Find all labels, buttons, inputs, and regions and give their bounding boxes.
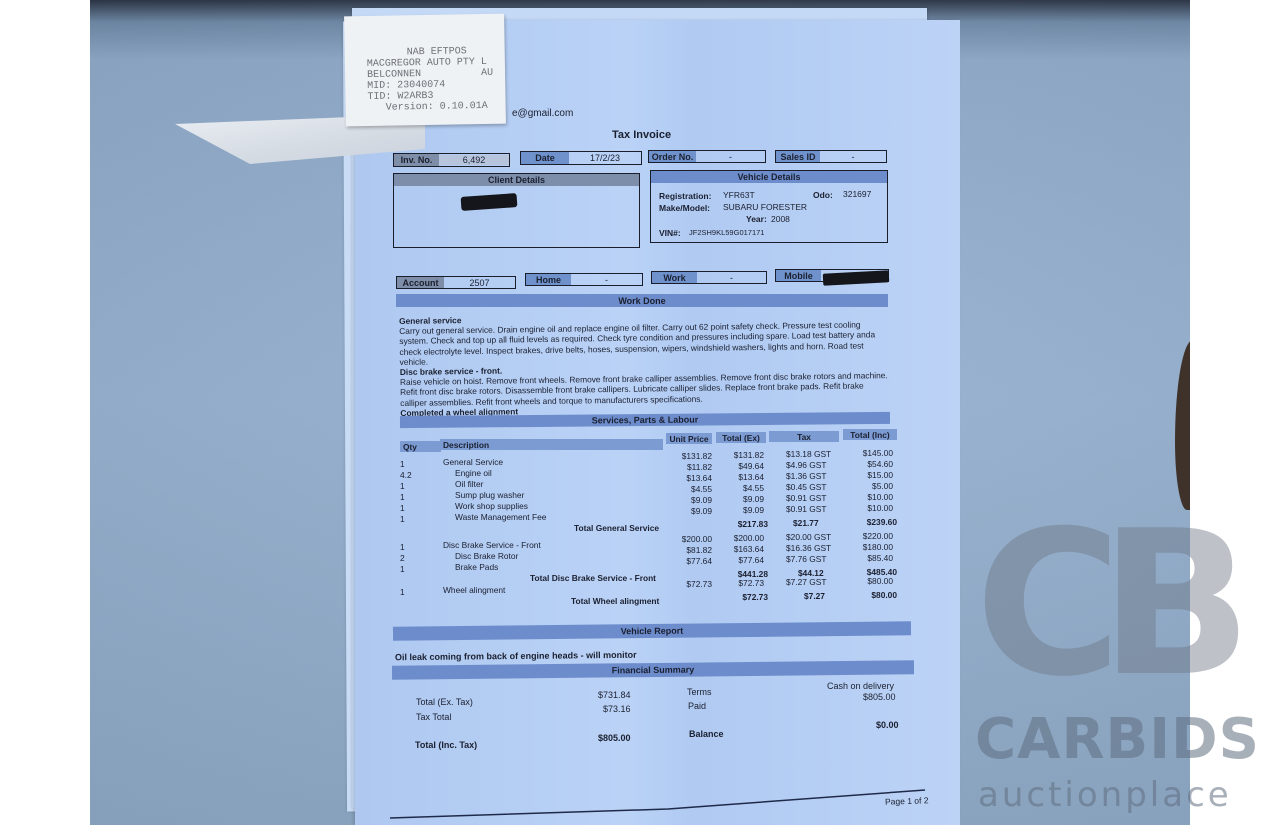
row-total-inc: $10.00 [843,503,893,513]
make-model-value: SUBARU FORESTER [723,202,807,212]
row-unit-price: $200.00 [660,534,712,544]
group-total-ex: $217.83 [712,519,768,529]
row-total-ex: $13.64 [712,472,764,482]
row-total-inc: $5.00 [843,481,893,491]
row-description: General Service [443,457,503,467]
terms-value: Cash on delivery [827,681,894,691]
tax-total: $73.16 [603,704,631,714]
row-qty: 1 [400,514,405,524]
row-total-inc: $145.00 [843,448,893,458]
row-description: Wheel alingment [443,585,505,595]
row-tax: $7.76 GST [786,554,827,564]
work-done-text: General service Carry out general servic… [399,309,892,418]
inv-no-field: Inv. No. 6,492 [393,153,510,167]
total-inc-tax: $805.00 [598,733,631,743]
watermark-sub: auctionplace [978,775,1232,815]
receipt-line: Version: 0.10.01A [368,101,488,114]
row-description: Waste Management Fee [455,512,546,522]
row-total-ex: $4.55 [712,483,764,493]
row-unit-price: $11.82 [660,462,712,472]
column-header: Description [440,439,663,450]
row-total-inc: $180.00 [843,542,893,552]
registration-value: YFR63T [723,190,755,200]
footer-rule [385,785,930,825]
row-tax: $1.36 GST [786,471,827,481]
row-tax: $16.36 GST [786,543,831,553]
column-header: Tax [769,431,839,442]
total-ex-tax: $731.84 [598,690,631,700]
eftpos-receipt: NAB EFTPOS MACGREGOR AUTO PTY L BELCONNE… [344,14,506,127]
row-total-inc: $85.40 [843,553,893,563]
order-no-field: Order No. - [648,150,766,163]
row-unit-price: $13.64 [660,473,712,483]
row-tax: $13.18 GST [786,449,831,459]
group-total-ex: $72.73 [712,592,768,602]
row-total-inc: $10.00 [843,492,893,502]
cork-object [1175,340,1190,510]
row-total-ex: $200.00 [712,533,764,543]
balance-value: $0.00 [876,720,899,730]
row-qty: 1 [400,503,405,513]
row-unit-price: $77.64 [660,556,712,566]
row-qty: 1 [400,587,405,597]
row-tax: $0.91 GST [786,493,827,503]
group-total-tax: $7.27 [804,591,825,601]
row-description: Work shop supplies [455,501,528,511]
row-qty: 2 [400,553,405,563]
row-total-ex: $49.64 [712,461,764,471]
row-description: Oil filter [455,479,483,489]
group-total-label: Total General Service [574,523,659,533]
sales-id-field: Sales ID - [775,150,887,163]
row-total-ex: $163.64 [712,544,764,554]
mobile-phone-field: Mobile [775,269,889,282]
column-header: Unit Price [666,433,712,444]
row-qty: 1 [400,564,405,574]
row-tax: $4.96 GST [786,460,827,470]
row-total-inc: $80.00 [843,576,893,586]
odometer-value: 321697 [843,189,871,199]
row-total-inc: $54.60 [843,459,893,469]
work-done-header: Work Done [396,294,888,307]
row-total-ex: $77.64 [712,555,764,565]
home-phone-field: Home - [525,273,643,286]
redacted-client-name [461,193,518,211]
vin-value: JF2SH9KL59G017171 [689,228,764,237]
column-header: Qty [400,441,441,452]
vehicle-details-panel: Vehicle Details Registration: YFR63T Odo… [650,170,888,243]
row-tax: $7.27 GST [786,577,827,587]
page-title: Tax Invoice [612,129,671,141]
column-header: Total (Ex) [716,432,766,443]
row-description: Disc Brake Rotor [455,551,518,561]
row-description: Sump plug washer [455,490,524,500]
receipt-line: MID: 23040074 [367,80,445,92]
row-unit-price: $9.09 [660,495,712,505]
watermark-monogram: CB [975,505,1230,705]
row-unit-price: $4.55 [660,484,712,494]
row-tax: $0.91 GST [786,504,827,514]
group-total-tax: $21.77 [793,518,819,528]
row-tax: $0.45 GST [786,482,827,492]
row-qty: 1 [400,492,405,502]
group-total-label: Total Disc Brake Service - Front [530,573,656,583]
email-fragment: e@gmail.com [512,108,573,119]
row-unit-price: $72.73 [660,579,712,589]
row-total-inc: $15.00 [843,470,893,480]
account-field: Account 2507 [396,276,516,289]
client-details-header: Client Details [394,174,639,186]
row-total-ex: $72.73 [712,578,764,588]
row-unit-price: $81.82 [660,545,712,555]
row-total-ex: $131.82 [712,450,764,460]
row-unit-price: $131.82 [660,451,712,461]
row-total-ex: $9.09 [712,494,764,504]
client-details-panel: Client Details [393,173,640,248]
row-qty: 1 [400,459,405,469]
row-description: Disc Brake Service - Front [443,540,541,550]
date-field: Date 17/2/23 [520,151,642,165]
row-description: Engine oil [455,468,492,478]
row-description: Brake Pads [455,562,498,572]
group-total-inc: $239.60 [843,517,897,527]
row-unit-price: $9.09 [660,506,712,516]
row-qty: 4.2 [400,470,412,480]
row-total-ex: $9.09 [712,505,764,515]
year-value: 2008 [771,214,790,224]
row-qty: 1 [400,481,405,491]
row-tax: $20.00 GST [786,532,831,542]
row-qty: 1 [400,542,405,552]
watermark-brand: CARBIDS [975,710,1260,770]
work-phone-field: Work - [651,271,767,284]
group-total-label: Total Wheel alingment [571,596,659,606]
paid-value: $805.00 [863,692,896,702]
column-header: Total (Inc) [843,429,897,440]
row-total-inc: $220.00 [843,531,893,541]
page-indicator: Page 1 of 2 [885,795,929,807]
vehicle-details-header: Vehicle Details [651,171,887,183]
group-total-inc: $80.00 [843,590,897,600]
